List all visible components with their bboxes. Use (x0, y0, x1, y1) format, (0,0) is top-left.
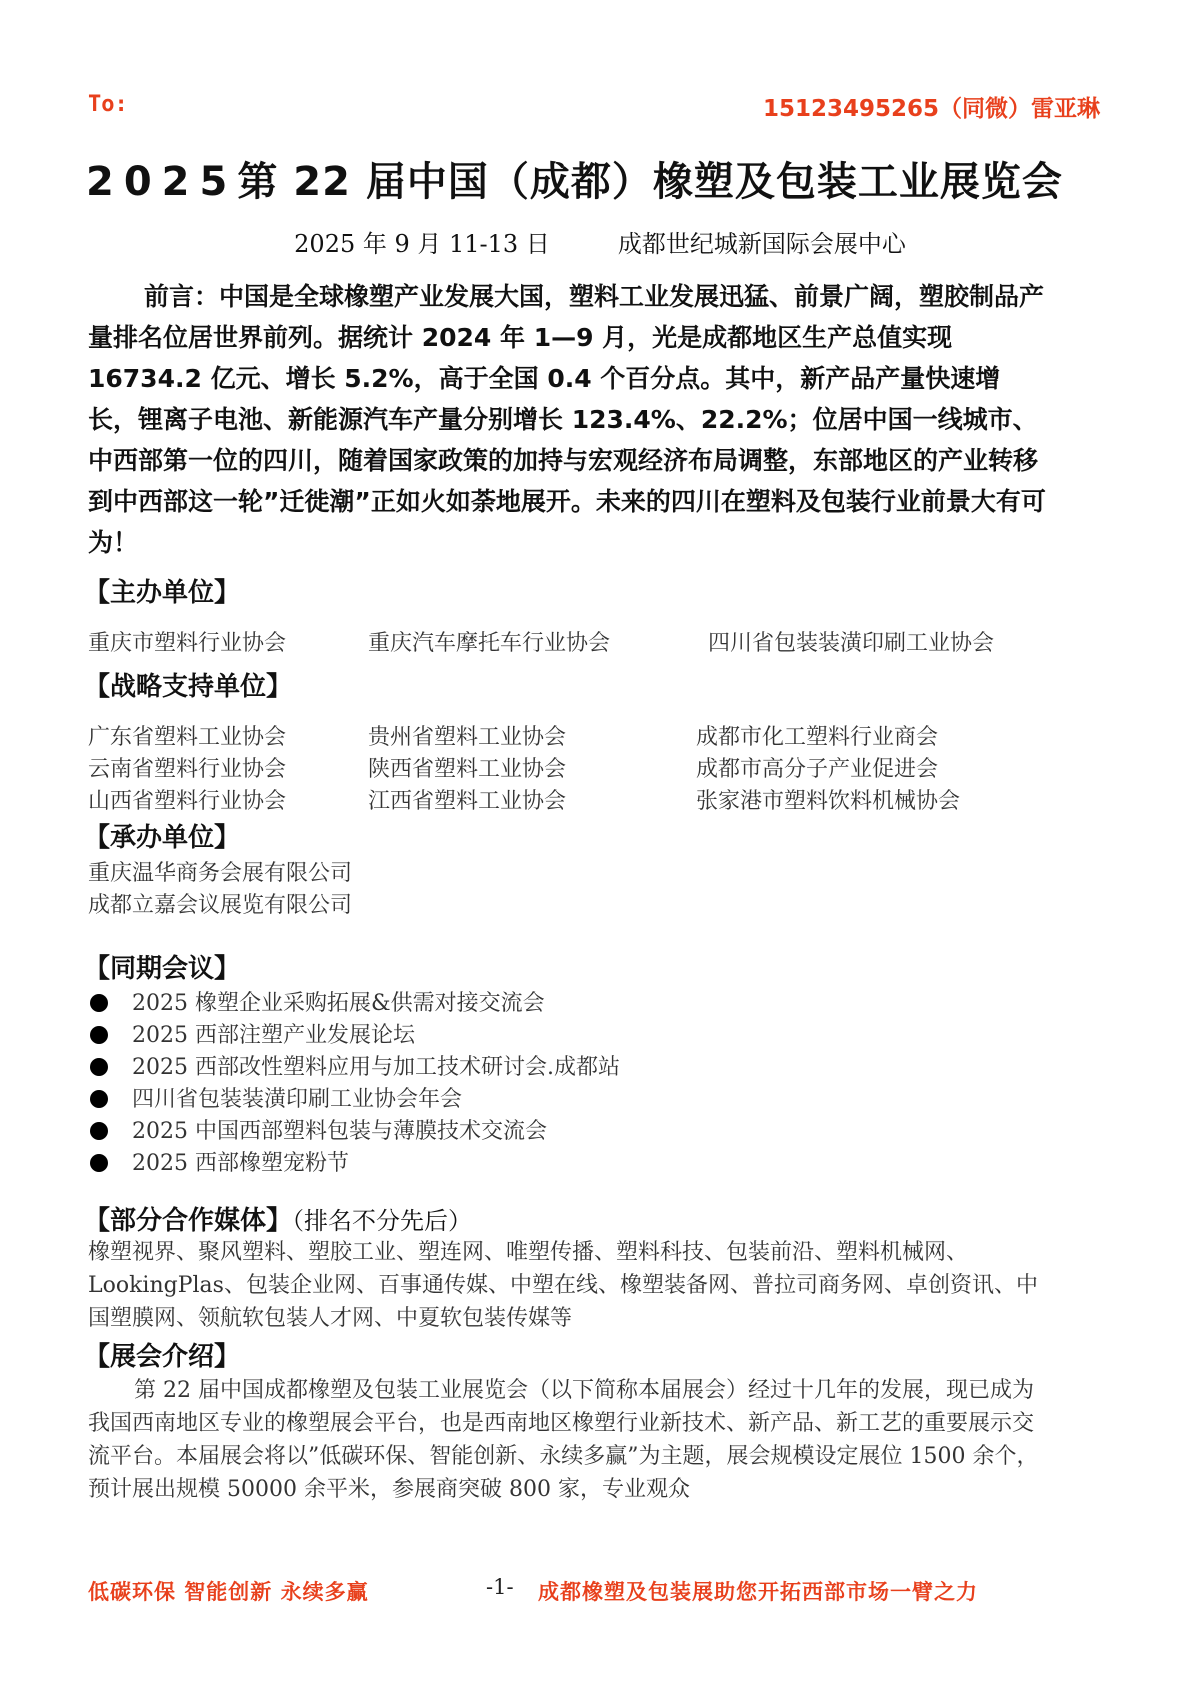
event-venue: 成都世纪城新国际会展中心 (618, 224, 906, 259)
bullet-icon (90, 1122, 108, 1140)
co-organizer-item: 成都立嘉会议展览有限公司 (88, 888, 352, 919)
support-item: 山西省塑料行业协会 (88, 784, 286, 815)
concurrent-meetings-heading: 【同期会议】 (84, 948, 240, 985)
support-item: 江西省塑料工业协会 (368, 784, 566, 815)
footer-slogan: 低碳环保 智能创新 永续多赢 (88, 1576, 369, 1606)
bullet-icon (90, 1090, 108, 1108)
meeting-item: 2025 西部改性塑料应用与加工技术研讨会.成都站 (88, 1050, 620, 1081)
footer-tagline: 成都橡塑及包装展助您开拓西部市场一臂之力 (538, 1576, 978, 1606)
recipient-label: To: (88, 92, 128, 117)
title-year: 2025 (86, 159, 237, 205)
support-item: 张家港市塑料饮料机械协会 (696, 784, 960, 815)
meeting-item: 2025 橡塑企业采购拓展&供需对接交流会 (88, 986, 545, 1017)
meeting-item: 2025 西部橡塑宠粉节 (88, 1146, 349, 1177)
media-note: （排名不分先后） (292, 1207, 472, 1235)
support-item: 成都市化工塑料行业商会 (696, 720, 938, 751)
bullet-icon (90, 994, 108, 1012)
bullet-icon (90, 1154, 108, 1172)
support-item: 陕西省塑料工业协会 (368, 752, 566, 783)
organizer-item: 四川省包装装潢印刷工业协会 (708, 626, 994, 657)
support-item: 云南省塑料行业协会 (88, 752, 286, 783)
meeting-item: 2025 中国西部塑料包装与薄膜技术交流会 (88, 1114, 547, 1145)
exhibition-intro-section: 第 22 届中国成都橡塑及包装工业展览会（以下简称本届展会）经过十几年的发展，现… (88, 1374, 1048, 1506)
support-item: 成都市高分子产业促进会 (696, 752, 938, 783)
strategic-support-heading: 【战略支持单位】 (84, 666, 292, 703)
bullet-icon (90, 1058, 108, 1076)
support-item: 贵州省塑料工业协会 (368, 720, 566, 751)
media-heading: 【部分合作媒体】（排名不分先后） (84, 1200, 472, 1237)
document-title: 2025第 22 届中国（成都）橡塑及包装工业展览会 (86, 150, 1063, 207)
media-list: 橡塑视界、聚风塑料、塑胶工业、塑连网、唯塑传播、塑料科技、包装前沿、塑料机械网、… (88, 1236, 1048, 1335)
co-organizers-heading: 【承办单位】 (84, 817, 240, 854)
preface-section: 前言：中国是全球橡塑产业发展大国，塑料工业发展迅猛、前景广阔，塑胶制品产量排名位… (88, 276, 1048, 563)
contact-info: 15123495265（同微）雷亚琳 (763, 90, 1100, 123)
title-text: 第 22 届中国（成都）橡塑及包装工业展览会 (237, 159, 1063, 205)
meeting-item: 2025 西部注塑产业发展论坛 (88, 1018, 415, 1049)
organizers-heading: 【主办单位】 (84, 572, 240, 609)
exhibition-intro-heading: 【展会介绍】 (84, 1336, 240, 1373)
organizer-item: 重庆市塑料行业协会 (88, 626, 286, 657)
meeting-item: 四川省包装装潢印刷工业协会年会 (88, 1082, 462, 1113)
co-organizer-item: 重庆温华商务会展有限公司 (88, 856, 352, 887)
event-date: 2025 年 9 月 11-13 日 (294, 224, 550, 259)
support-item: 广东省塑料工业协会 (88, 720, 286, 751)
event-info: 2025 年 9 月 11-13 日成都世纪城新国际会展中心 (0, 224, 1200, 259)
page-number: -1- (486, 1575, 514, 1599)
organizer-item: 重庆汽车摩托车行业协会 (368, 626, 610, 657)
exhibition-intro-text: 第 22 届中国成都橡塑及包装工业展览会（以下简称本届展会）经过十几年的发展，现… (88, 1374, 1048, 1506)
bullet-icon (90, 1026, 108, 1044)
preface-text: 前言：中国是全球橡塑产业发展大国，塑料工业发展迅猛、前景广阔，塑胶制品产量排名位… (88, 276, 1048, 563)
